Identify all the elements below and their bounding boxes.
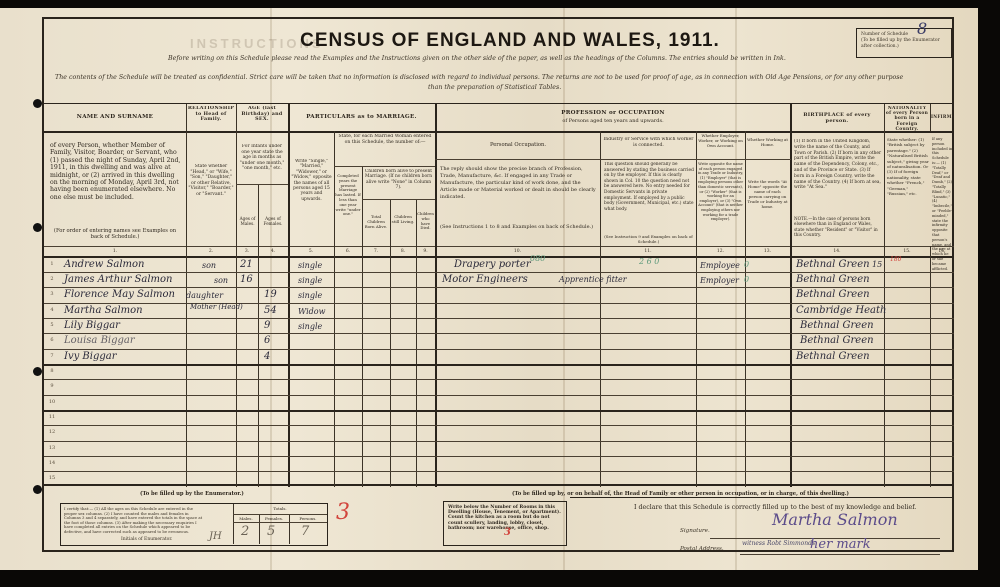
person-name: James Arthur Salmon <box>64 274 173 285</box>
rule <box>44 318 954 319</box>
column-number: 15. <box>884 249 930 254</box>
employment-status: Employer <box>700 276 739 285</box>
row-number: 1 <box>47 261 57 267</box>
rule <box>790 104 792 487</box>
column-body-age: For Infants under one year state the age… <box>238 144 286 172</box>
column-number: 11. <box>600 249 696 254</box>
column-body-name: of every Person, whether Member of Famil… <box>50 142 182 201</box>
rule <box>44 272 954 273</box>
column-body-nationality: State whether: (1) "British subject by p… <box>887 137 929 196</box>
initials-label: Initials of Enumerator. <box>121 537 172 542</box>
column-body-personal-occupation: The reply should show the precise branch… <box>440 166 596 201</box>
binding-hole-icon <box>33 367 42 376</box>
column-label-industry: Industry or Service with which worker is… <box>602 137 695 148</box>
column-body-birthplace: (1) If born in the United Kingdom, write… <box>794 139 882 191</box>
column-note-birthplace: NOTE.—In the case of persons born elsewh… <box>794 216 882 238</box>
binding-hole-icon <box>33 99 42 108</box>
rule <box>44 425 954 426</box>
column-number: 10. <box>435 249 600 254</box>
marital-status: single <box>298 322 322 331</box>
occupation: Motor Engineers <box>442 274 528 285</box>
rule <box>44 131 954 133</box>
row-number: 11 <box>47 414 57 420</box>
column-number: 13. <box>745 249 790 254</box>
schedule-number-value: 8 <box>917 26 927 32</box>
census-table: NAME AND SURNAME of every Person, whethe… <box>44 103 954 486</box>
column-heading-age: AGE (last Birthday) and SEX. <box>237 106 287 123</box>
column-number: 7. <box>362 249 390 254</box>
confidential-line: The contents of the Schedule will be tre… <box>55 74 903 81</box>
row-number: 3 <box>47 291 57 297</box>
rule <box>390 199 391 487</box>
rule <box>236 104 237 487</box>
rule <box>44 349 954 350</box>
persons-label: Persons. <box>289 516 327 522</box>
total-persons: 7 <box>301 524 309 539</box>
birthplace: Bethnal Green <box>800 335 874 346</box>
rule <box>44 287 954 288</box>
row-number: 5 <box>47 322 57 328</box>
column-label-children-living: Children still Living. <box>391 214 415 224</box>
row-number: 8 <box>47 368 57 374</box>
total-males: 2 <box>241 524 249 539</box>
rooms-box: Write below the Number of Rooms in this … <box>443 501 567 546</box>
column-heading-nationality: NATIONALITY of every Person born in a Fo… <box>885 106 929 132</box>
rule <box>334 166 435 167</box>
person-name: Andrew Salmon <box>64 259 144 270</box>
column-label-males: Ages of Males. <box>237 216 258 226</box>
rooms-red-mark: 3 <box>336 500 350 525</box>
column-number: 2. <box>186 249 236 254</box>
rule <box>233 514 327 515</box>
occupation-code: 080 <box>530 254 545 263</box>
column-number: 8. <box>390 249 416 254</box>
postal-address-label: Postal Address. <box>680 546 724 552</box>
column-number: 12. <box>696 249 745 254</box>
column-heading-infirmity: INFIRMITY. <box>931 114 953 120</box>
rule <box>44 410 954 412</box>
schedule-number-note: (To be filled up by the Enumerator after… <box>861 38 947 50</box>
marital-status: single <box>298 291 322 300</box>
rule <box>435 104 437 487</box>
column-heading-relationship: RELATIONSHIP to Head of Family. <box>187 106 235 123</box>
relationship: daughter <box>186 291 223 300</box>
rule <box>435 159 791 160</box>
column-label-employer: Whether Employer, Worker, or Working on … <box>697 134 744 148</box>
column-heading-occupation: PROFESSION or OCCUPATION <box>436 110 790 116</box>
column-heading-birthplace: BIRTHPLACE of every person. <box>791 112 883 124</box>
row-number: 7 <box>47 353 57 359</box>
person-name: Lily Biggar <box>64 320 120 331</box>
column-number: 1. <box>44 249 186 254</box>
age-male: 21 <box>240 259 253 270</box>
employment-code: 0 <box>744 275 749 284</box>
rule <box>44 303 954 304</box>
rule <box>44 333 954 334</box>
person-name: Martha Salmon <box>64 305 143 316</box>
birthplace-code: 15 <box>872 260 882 269</box>
industry: Apprentice fitter <box>559 275 627 284</box>
initials-value: JH <box>209 531 222 542</box>
column-label-females: Ages of Females. <box>259 216 287 226</box>
column-label-personal-occupation: Personal Occupation. <box>436 142 600 148</box>
enumerator-caption: (To be filled up by the Enumerator.) <box>140 491 244 497</box>
person-name: Ivy Biggar <box>64 351 117 362</box>
rule <box>44 471 954 472</box>
column-number: 9. <box>416 249 435 254</box>
row-number: 15 <box>47 475 57 481</box>
rule <box>44 256 954 258</box>
address-note: witness Robt Simmonds <box>742 540 815 547</box>
birthplace: Bethnal Green <box>796 259 870 270</box>
column-subheading-occupation: of Persons aged ten years and upwards. <box>436 118 790 124</box>
marital-status: single <box>298 261 322 270</box>
birthplace: Bethnal Green <box>796 289 870 300</box>
binding-hole-icon <box>33 485 42 494</box>
column-label-home: Whether Working at Home. <box>746 137 789 147</box>
signature-label: Signature. <box>680 528 710 534</box>
birthplace: Bethnal Green <box>800 320 874 331</box>
column-body-marriage-status: Write "Single," "Married," "Widower," or… <box>290 159 333 202</box>
column-number: 16. <box>930 249 954 254</box>
row-number: 2 <box>47 276 57 282</box>
age-female: 19 <box>264 289 277 300</box>
age-female: 4 <box>264 351 270 362</box>
totals-label: Totals. <box>233 506 327 512</box>
rule <box>930 246 931 487</box>
row-number: 9 <box>47 383 57 389</box>
age-male: 16 <box>240 274 253 285</box>
marital-status: single <box>298 276 322 285</box>
age-female: 9 <box>264 320 270 331</box>
rule <box>44 395 954 396</box>
column-heading-name: NAME AND SURNAME <box>44 114 186 120</box>
employment-status: Employee <box>700 261 740 270</box>
females-label: Females. <box>259 516 289 522</box>
row-number: 10 <box>47 399 57 405</box>
confidential-line-2: than the preparation of Statistical Tabl… <box>428 84 561 91</box>
person-name: Louisa Biggar <box>64 335 135 346</box>
column-note-industry: (See Instruction 9 and Examples on back … <box>602 234 695 244</box>
rule <box>600 131 601 487</box>
rule <box>44 456 954 457</box>
column-heading-marriage: PARTICULARS as to MARRIAGE. <box>289 114 434 120</box>
relationship: son <box>214 276 228 285</box>
column-body-children: Children born alive to present Marriage.… <box>363 169 434 191</box>
signature-value: Martha Salmon <box>772 510 898 529</box>
column-body-relationship: State whether "Head," or "Wife," "Son," … <box>188 164 234 198</box>
rule <box>44 246 954 247</box>
binding-hole-icon <box>33 223 42 232</box>
column-note-name: (For order of entering names see Example… <box>48 228 182 240</box>
column-number: 3. <box>236 249 258 254</box>
relationship: son <box>202 261 216 270</box>
rule <box>416 199 417 487</box>
column-label-children-died: Children who have Died. <box>417 212 434 231</box>
postal-address-value: her mark <box>810 537 871 552</box>
schedule-number-box: Number of Schedule (To be filled up by t… <box>856 28 952 58</box>
column-body-married-woman: State, for each Married Woman entered on… <box>336 134 434 145</box>
column-body-home: Write the words "At Home" opposite the n… <box>747 179 788 209</box>
column-body-marriage-years: Completed years the present Marriage has… <box>335 174 361 217</box>
column-number: 14. <box>790 249 884 254</box>
birthplace: Bethnal Green <box>796 351 870 362</box>
row-number: 6 <box>47 337 57 343</box>
occupation: Drapery porter <box>454 259 531 270</box>
enumerator-notes: I certify that:— (1) All the ages on thi… <box>64 507 204 535</box>
rule <box>44 364 954 366</box>
enumerator-box: I certify that:— (1) All the ages on thi… <box>60 503 328 546</box>
nationality-code: 180 <box>890 256 901 263</box>
rule <box>745 131 746 487</box>
person-name: Florence May Salmon <box>64 289 175 300</box>
relationship: Mother (Head) <box>190 303 243 311</box>
age-female: 54 <box>264 305 277 316</box>
rule <box>236 184 288 185</box>
row-number: 14 <box>47 460 57 466</box>
column-number: 6. <box>334 249 362 254</box>
employment-code: 0 <box>744 260 749 269</box>
column-number: 5. <box>288 249 334 254</box>
column-body-industry: This question should generally be answer… <box>604 162 694 212</box>
rule <box>740 554 940 555</box>
birthplace: Cambridge Heath <box>796 305 886 316</box>
birthplace: Bethnal Green <box>796 274 870 285</box>
age-female: 6 <box>264 335 270 346</box>
page-title: CENSUS OF ENGLAND AND WALES, 1911. <box>280 30 740 52</box>
rule <box>44 441 954 442</box>
row-number: 12 <box>47 429 57 435</box>
males-label: Males. <box>233 516 259 522</box>
marital-status: Widow <box>298 307 325 316</box>
column-number: 4. <box>258 249 288 254</box>
industry-code: 2 6 0 <box>639 257 659 266</box>
row-number: 13 <box>47 445 57 451</box>
total-females: 5 <box>267 524 275 539</box>
column-body-employer: Write opposite the name of each person e… <box>697 162 744 222</box>
row-number: 4 <box>47 307 57 313</box>
rule <box>362 199 435 200</box>
instruction-line: Before writing on this Schedule please r… <box>168 55 786 62</box>
rule <box>44 379 954 380</box>
rule <box>884 104 885 487</box>
column-note-personal-occupation: (See Instructions 1 to 8 and Examples on… <box>440 224 596 230</box>
column-label-total-children: Total Children Born Alive. <box>363 214 389 229</box>
rooms-count: 3 <box>504 530 511 535</box>
